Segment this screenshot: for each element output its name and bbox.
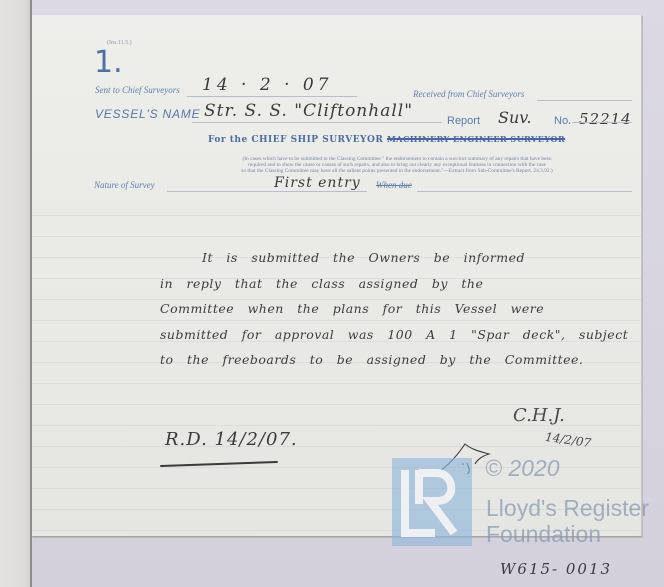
archive-reference-code: W615- 0013 bbox=[500, 560, 612, 578]
heading-struck-machinery-surveyor: MACHINERY ENGINEER SURVEYOR bbox=[387, 134, 565, 144]
received-date-line bbox=[537, 100, 632, 101]
watermark-org-line: Foundation bbox=[486, 521, 649, 547]
body-line: Committee when the plans for this Vessel… bbox=[160, 296, 640, 322]
watermark-organization: Lloyd's Register Foundation bbox=[486, 495, 649, 547]
signature-initials: C.H.J. bbox=[513, 405, 565, 426]
vessel-name-value: Str. S. S. "Cliftonhall" bbox=[204, 101, 413, 121]
form-number: 1. bbox=[94, 45, 123, 80]
vessels-name-label: VESSEL'S NAME bbox=[95, 107, 200, 121]
received-from-chief-surveyors-label: Received from Chief Surveyors bbox=[413, 89, 524, 99]
body-line: submitted for approval was 100 A 1 "Spar… bbox=[160, 322, 640, 348]
lr-logo-icon bbox=[392, 458, 472, 546]
nature-of-survey-value: First entry bbox=[274, 175, 361, 191]
report-number-value: 52214 bbox=[579, 110, 632, 128]
body-line: to the freeboards to be assigned by the … bbox=[160, 347, 640, 373]
note-line: so that the Classing Committee may have … bbox=[147, 168, 647, 174]
signature-date: 14/2/07 bbox=[544, 430, 592, 450]
initialled-date: R.D. 14/2/07. bbox=[165, 429, 298, 450]
report-label: Report bbox=[447, 115, 480, 127]
report-number-line bbox=[572, 122, 632, 123]
watermark-copyright: © 2020 bbox=[485, 455, 560, 482]
sent-date-value: 14 · 2 · 07 bbox=[202, 75, 333, 95]
sent-to-chief-surveyors-label: Sent to Chief Surveyors bbox=[95, 85, 180, 95]
initialled-date-underline bbox=[160, 461, 278, 467]
sent-date-line bbox=[187, 96, 357, 97]
endorsement-instructions-note: (In cases which have to be submitted to … bbox=[147, 156, 647, 174]
heading-chief-ship-surveyor: For the CHIEF SHIP SURVEYOR bbox=[208, 135, 383, 145]
when-due-line bbox=[417, 191, 632, 192]
report-number-label: No. bbox=[554, 115, 571, 127]
vessel-name-line bbox=[192, 122, 442, 123]
handwritten-body: It is submitted the Owners be informed i… bbox=[160, 245, 640, 373]
report-type-value: Suv. bbox=[498, 108, 532, 127]
watermark-org-line: Lloyd's Register bbox=[486, 495, 649, 521]
when-due-label-struck: When due bbox=[376, 180, 412, 190]
adjacent-page-edge bbox=[0, 0, 31, 587]
surveyor-heading: For the CHIEF SHIP SURVEYOR MACHINERY EN… bbox=[208, 134, 565, 145]
nature-of-survey-line bbox=[167, 191, 367, 192]
body-line: in reply that the class assigned by the bbox=[160, 271, 640, 297]
body-line: It is submitted the Owners be informed bbox=[160, 245, 640, 271]
nature-of-survey-label: Nature of Survey bbox=[94, 180, 155, 190]
